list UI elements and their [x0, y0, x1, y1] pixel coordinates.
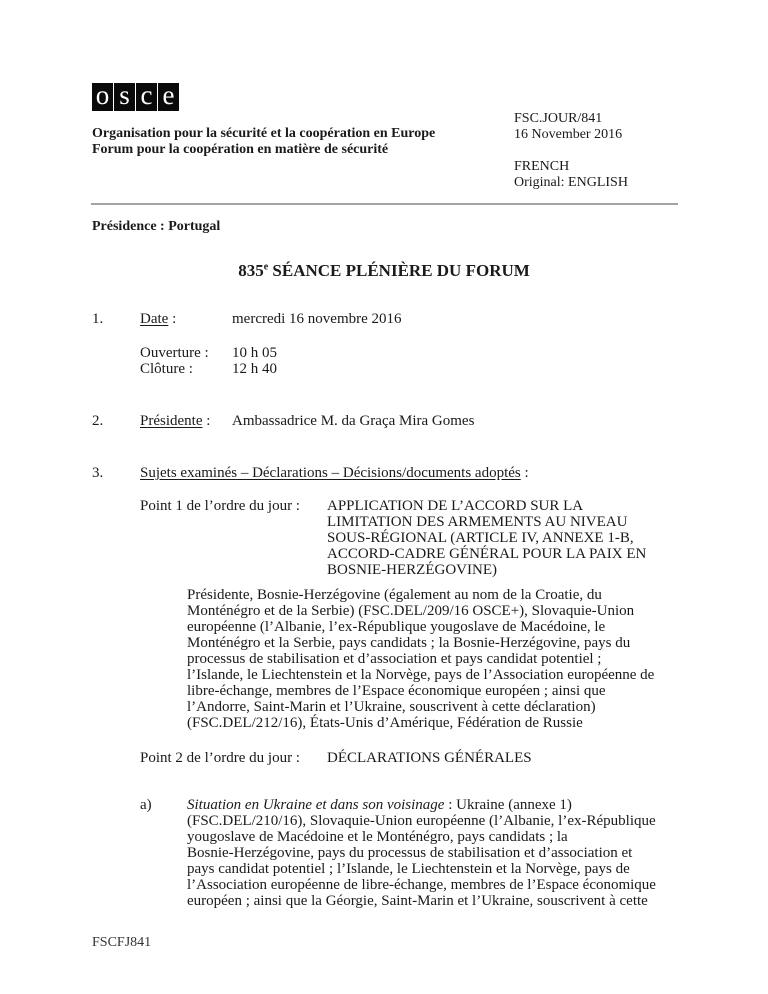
document-reference-block: FSC.JOUR/841 16 November 2016 FRENCH Ori… — [514, 111, 628, 191]
header-divider — [91, 203, 678, 205]
closing-value: 12 h 40 — [232, 361, 277, 377]
doc-date: 16 November 2016 — [514, 127, 628, 143]
opening-value: 10 h 05 — [232, 345, 277, 361]
paragraph-line: Bosnie-Herzégovine, pays du processus de… — [187, 845, 687, 861]
footer-code: FSCFJ841 — [92, 935, 151, 951]
item-number: 1. — [92, 311, 103, 327]
sub-item-topic: Situation en Ukraine et dans son voisina… — [187, 797, 444, 813]
paragraph-line: processus de stabilisation et d’associat… — [187, 651, 687, 667]
doc-language: FRENCH — [514, 159, 628, 175]
label-separator: : — [521, 465, 529, 481]
organisation-name: Organisation pour la sécurité et la coop… — [92, 126, 435, 158]
paragraph-line: (FSC.DEL/212/16), États-Unis d’Amérique,… — [187, 715, 687, 731]
paragraph-line: yougoslave de Macédoine et le Monténégro… — [187, 829, 687, 845]
doc-ref: FSC.JOUR/841 — [514, 111, 628, 127]
chair-label-text: Présidente — [140, 413, 202, 429]
session-number: 835 — [238, 261, 264, 280]
item-number: 3. — [92, 465, 103, 481]
label-separator: : — [202, 413, 210, 429]
page-title: 835e SÉANCE PLÉNIÈRE DU FORUM — [0, 261, 768, 281]
paragraph-line: Présidente, Bosnie-Herzégovine (égalemen… — [187, 587, 687, 603]
title-text: SÉANCE PLÉNIÈRE DU FORUM — [268, 261, 530, 280]
agenda-point-1-statements: Présidente, Bosnie-Herzégovine (égalemen… — [187, 587, 687, 731]
doc-original-language: Original: ENGLISH — [514, 175, 628, 191]
sub-item-marker: a) — [140, 797, 152, 813]
paragraph-line: l’Andorre, Saint-Marin et l’Ukraine, sou… — [187, 699, 687, 715]
sub-item-lead: : Ukraine (annexe 1) — [444, 797, 571, 813]
paragraph-line: (FSC.DEL/210/16), Slovaquie-Union europé… — [187, 813, 687, 829]
closing-label: Clôture : — [140, 361, 193, 377]
title-line: BOSNIE-HERZÉGOVINE) — [327, 562, 687, 578]
agenda-point-2-title: DÉCLARATIONS GÉNÉRALES — [327, 750, 687, 766]
date-label-text: Date — [140, 311, 168, 327]
paragraph-line: Monténégro et la Serbie, pays candidats … — [187, 635, 687, 651]
logo-letter: e — [158, 83, 179, 111]
date-value: mercredi 16 novembre 2016 — [232, 311, 402, 327]
title-line: APPLICATION DE L’ACCORD SUR LA — [327, 498, 687, 514]
presidency: Présidence : Portugal — [92, 219, 220, 235]
logo-letter: s — [114, 83, 135, 111]
paragraph-line: libre-échange, membres de l’Espace écono… — [187, 683, 687, 699]
paragraph-line: européen ; ainsi que la Géorgie, Saint-M… — [187, 893, 687, 909]
paragraph-line: l’Islande, le Liechtenstein et la Norvèg… — [187, 667, 687, 683]
org-line: Organisation pour la sécurité et la coop… — [92, 126, 435, 142]
osce-logo: o s c e — [92, 83, 179, 111]
paragraph-line: pays candidat potentiel ; l’Islande, le … — [187, 861, 687, 877]
label-separator: : — [168, 311, 176, 327]
agenda-point-1-title: APPLICATION DE L’ACCORD SUR LA LIMITATIO… — [327, 498, 687, 578]
logo-letter: c — [136, 83, 157, 111]
org-line: Forum pour la coopération en matière de … — [92, 142, 435, 158]
agenda-point-2-label: Point 2 de l’ordre du jour : — [140, 750, 300, 766]
chair-label: Présidente : — [140, 413, 210, 429]
subjects-heading: Sujets examinés – Déclarations – Décisio… — [140, 465, 529, 481]
logo-letter: o — [92, 83, 113, 111]
date-label: Date : — [140, 311, 176, 327]
paragraph-line: Monténégro et de la Serbie) (FSC.DEL/209… — [187, 603, 687, 619]
agenda-point-1-label: Point 1 de l’ordre du jour : — [140, 498, 300, 514]
title-line: SOUS-RÉGIONAL (ARTICLE IV, ANNEXE 1-B, — [327, 530, 687, 546]
paragraph-line: européenne (l’Albanie, l’ex-République y… — [187, 619, 687, 635]
title-line: LIMITATION DES ARMEMENTS AU NIVEAU — [327, 514, 687, 530]
paragraph-line: Situation en Ukraine et dans son voisina… — [187, 797, 687, 813]
opening-label: Ouverture : — [140, 345, 209, 361]
agenda-point-2-sub-a: Situation en Ukraine et dans son voisina… — [187, 797, 687, 909]
subjects-heading-text: Sujets examinés – Déclarations – Décisio… — [140, 465, 521, 481]
item-number: 2. — [92, 413, 103, 429]
title-line: ACCORD-CADRE GÉNÉRAL POUR LA PAIX EN — [327, 546, 687, 562]
paragraph-line: l’Association européenne de libre-échang… — [187, 877, 687, 893]
chair-value: Ambassadrice M. da Graça Mira Gomes — [232, 413, 474, 429]
